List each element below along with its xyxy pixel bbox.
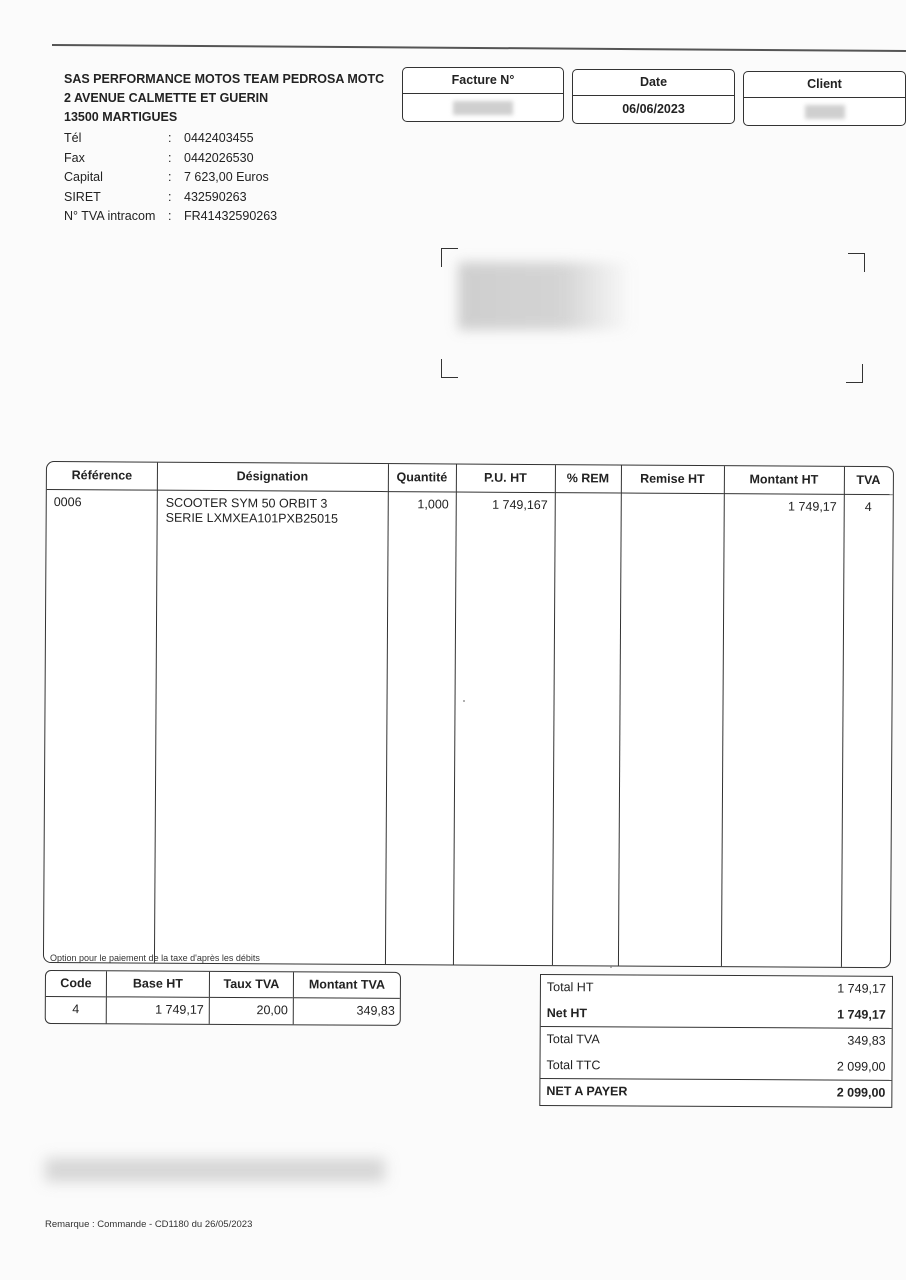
vat-col-amount: Montant TVA 349,83 <box>294 972 400 1025</box>
cell-unit-price: 1 749,167 <box>456 493 555 519</box>
cell-quantity: 1,000 <box>388 492 456 517</box>
invoice-number-label: Facture N° <box>403 68 563 94</box>
net-ht-label: Net HT <box>547 1001 587 1027</box>
col-reference: Référence 0006 <box>44 462 158 963</box>
redacted-recipient-address <box>458 262 633 330</box>
total-tva-value: 349,83 <box>847 1029 885 1055</box>
redacted-invoice-number <box>453 101 513 115</box>
scan-speck <box>610 966 612 968</box>
company-name: SAS PERFORMANCE MOTOS TEAM PEDROSA MOTC <box>64 70 384 89</box>
cell-designation: SCOOTER SYM 50 ORBIT 3 SERIE LXMXEA101PX… <box>157 491 388 532</box>
col-unit-price: P.U. HT 1 749,167 <box>453 465 556 966</box>
cell-discount-amount <box>621 494 724 505</box>
remark: Remarque : Commande - CD1180 du 26/05/20… <box>45 1219 252 1230</box>
cell-rate: 20,00 <box>210 998 293 1023</box>
vat-summary-table: Code 4 Base HT 1 749,17 Taux TVA 20,00 M… <box>45 970 401 1026</box>
info-label: SIRET <box>64 188 168 208</box>
info-sep: : <box>168 207 184 227</box>
net-ht-value: 1 749,17 <box>837 1002 886 1028</box>
info-sep: : <box>168 188 184 208</box>
info-label: Capital <box>64 168 168 188</box>
company-address: 2 AVENUE CALMETTE ET GUERIN <box>64 89 384 108</box>
address-corner-bottom-left <box>441 359 458 378</box>
invoice-number-value <box>403 94 563 121</box>
net-ht-row: Net HT 1 749,17 <box>541 1001 892 1029</box>
col-header: P.U. HT <box>456 465 555 494</box>
info-value: 7 623,00 Euros <box>184 168 269 188</box>
total-ht-row: Total HT 1 749,17 <box>541 975 892 1002</box>
col-vat-code: TVA 4 <box>841 467 893 967</box>
net-a-payer-value: 2 099,00 <box>837 1081 886 1107</box>
vat-col-code: Code 4 <box>46 971 107 1023</box>
company-block: SAS PERFORMANCE MOTOS TEAM PEDROSA MOTC … <box>64 70 384 227</box>
total-ht-value: 1 749,17 <box>837 977 886 1003</box>
vat-col-rate: Taux TVA 20,00 <box>210 972 294 1024</box>
col-header: Taux TVA <box>210 972 293 998</box>
col-header: Référence <box>47 462 157 491</box>
col-quantity: Quantité 1,000 <box>385 464 457 964</box>
address-corner-top-right <box>848 253 865 272</box>
company-info: Tél : 0442403455 Fax : 0442026530 Capita… <box>64 129 384 227</box>
info-value: 0442026530 <box>184 149 254 169</box>
info-value: 432590263 <box>184 188 247 208</box>
info-sep: : <box>168 168 184 188</box>
client-box: Client <box>743 71 906 126</box>
info-value: FR41432590263 <box>184 207 277 227</box>
col-header: Désignation <box>157 463 388 492</box>
date-value: 06/06/2023 <box>573 96 734 123</box>
total-ttc-row: Total TTC 2 099,00 <box>540 1053 891 1081</box>
totals-block: Total HT 1 749,17 Net HT 1 749,17 Total … <box>539 974 893 1108</box>
scan-speck <box>463 700 465 702</box>
col-discount-pct: % REM <box>552 465 622 965</box>
total-ttc-label: Total TTC <box>546 1053 600 1079</box>
col-header: TVA <box>844 467 893 495</box>
cell-vat-code: 4 <box>844 495 893 520</box>
cell-base: 1 749,17 <box>107 997 209 1023</box>
col-amount: Montant HT 1 749,17 <box>721 466 845 967</box>
col-header: Quantité <box>388 464 456 492</box>
date-label: Date <box>573 70 734 96</box>
net-a-payer-label: NET A PAYER <box>546 1079 627 1105</box>
designation-line-1: SCOOTER SYM 50 ORBIT 3 <box>166 496 381 512</box>
total-tva-row: Total TVA 349,83 <box>541 1027 892 1054</box>
cell-reference: 0006 <box>47 490 157 516</box>
vat-col-base: Base HT 1 749,17 <box>107 971 210 1024</box>
company-city: 13500 MARTIGUES <box>64 108 384 127</box>
cell-discount-pct <box>555 493 621 503</box>
cell-amount: 1 749,17 <box>724 494 844 520</box>
col-header: Montant HT <box>724 466 844 495</box>
header-rule <box>52 44 906 52</box>
info-row-vat-number: N° TVA intracom : FR41432590263 <box>64 207 384 227</box>
info-row-phone: Tél : 0442403455 <box>64 129 384 149</box>
info-row-fax: Fax : 0442026530 <box>64 149 384 169</box>
info-sep: : <box>168 129 184 149</box>
cell-code: 4 <box>46 997 106 1022</box>
client-value <box>744 98 905 125</box>
info-value: 0442403455 <box>184 129 254 149</box>
line-items-table: Référence 0006 Désignation SCOOTER SYM 5… <box>43 461 894 968</box>
info-row-siret: SIRET : 432590263 <box>64 188 384 208</box>
info-label: Fax <box>64 149 168 169</box>
invoice-number-box: Facture N° <box>402 67 564 122</box>
date-box: Date 06/06/2023 <box>572 69 735 124</box>
col-header: Code <box>46 971 106 997</box>
client-label: Client <box>744 72 905 98</box>
col-header: Remise HT <box>621 466 724 495</box>
address-corner-top-left <box>441 248 458 267</box>
total-tva-label: Total TVA <box>547 1027 600 1053</box>
redacted-footer-text <box>45 1158 385 1182</box>
redacted-client-code <box>805 105 845 119</box>
total-ttc-value: 2 099,00 <box>837 1054 886 1080</box>
tax-option-note: Option pour le paiement de la taxe d'apr… <box>50 953 260 963</box>
address-corner-bottom-right <box>846 364 863 383</box>
net-a-payer-row: NET A PAYER 2 099,00 <box>540 1079 891 1106</box>
col-header: Montant TVA <box>294 972 400 999</box>
info-label: N° TVA intracom <box>64 207 168 227</box>
designation-line-2: SERIE LXMXEA101PXB25015 <box>166 511 381 527</box>
info-row-capital: Capital : 7 623,00 Euros <box>64 168 384 188</box>
col-header: % REM <box>555 465 621 493</box>
info-label: Tél <box>64 129 168 149</box>
col-designation: Désignation SCOOTER SYM 50 ORBIT 3 SERIE… <box>154 463 389 964</box>
col-header: Base HT <box>107 971 209 998</box>
info-sep: : <box>168 149 184 169</box>
col-discount-amount: Remise HT <box>618 466 725 967</box>
cell-vat-amount: 349,83 <box>294 998 400 1024</box>
total-ht-label: Total HT <box>547 975 594 1001</box>
